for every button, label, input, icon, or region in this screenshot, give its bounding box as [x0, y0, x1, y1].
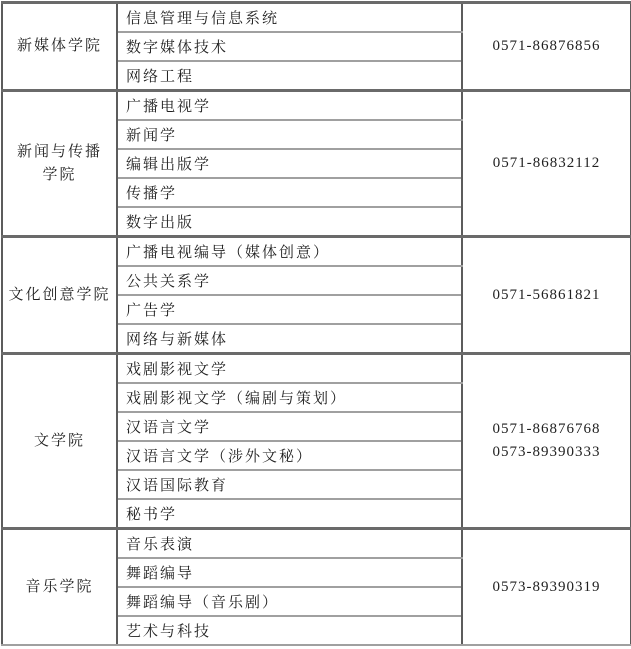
- major-cell: 广播电视编导（媒体创意）: [117, 237, 462, 267]
- college-name-line: 文学院: [3, 430, 116, 453]
- major-cell: 广播电视学: [117, 91, 462, 121]
- major-cell: 戏剧影视文学（编剧与策划）: [117, 383, 462, 412]
- phone-cell: 0571-868767680573-89390333: [462, 354, 631, 529]
- college-cell: 音乐学院: [2, 529, 117, 646]
- major-cell: 音乐表演: [117, 529, 462, 559]
- phone-number-line: 0571-56861821: [463, 284, 630, 307]
- major-cell: 网络与新媒体: [117, 324, 462, 354]
- college-cell: 文化创意学院: [2, 237, 117, 354]
- major-cell: 传播学: [117, 178, 462, 207]
- major-cell: 广告学: [117, 295, 462, 324]
- major-cell: 信息管理与信息系统: [117, 3, 462, 33]
- major-cell: 舞蹈编导（音乐剧）: [117, 587, 462, 616]
- phone-cell: 0571-86876856: [462, 3, 631, 91]
- phone-number-line: 0573-89390333: [463, 441, 630, 464]
- table-row: 文化创意学院广播电视编导（媒体创意）0571-56861821: [2, 237, 631, 267]
- major-cell: 艺术与科技: [117, 616, 462, 645]
- major-cell: 舞蹈编导: [117, 558, 462, 587]
- table-row: 音乐学院音乐表演0573-89390319: [2, 529, 631, 559]
- college-name-line: 文化创意学院: [3, 284, 116, 307]
- college-name-line: 新闻与传播: [3, 141, 116, 164]
- college-cell: 新媒体学院: [2, 3, 117, 91]
- major-cell: 编辑出版学: [117, 149, 462, 178]
- major-cell: 数字出版: [117, 207, 462, 237]
- phone-cell: 0571-56861821: [462, 237, 631, 354]
- table-row: 新媒体学院信息管理与信息系统0571-86876856: [2, 3, 631, 33]
- phone-cell: 0571-86832112: [462, 91, 631, 237]
- table-row: 新闻与传播学院广播电视学0571-86832112: [2, 91, 631, 121]
- phone-cell: 0573-89390319: [462, 529, 631, 646]
- phone-number-line: 0571-86876768: [463, 418, 630, 441]
- major-cell: 新闻学: [117, 120, 462, 149]
- major-cell: 汉语言文学: [117, 412, 462, 441]
- major-cell: 秘书学: [117, 499, 462, 529]
- phone-number-line: 0571-86832112: [463, 152, 630, 175]
- college-name-line: 音乐学院: [3, 576, 116, 599]
- college-cell: 新闻与传播学院: [2, 91, 117, 237]
- college-name-line: 新媒体学院: [3, 35, 116, 58]
- college-name-line: 学院: [3, 164, 116, 187]
- major-cell: 网络工程: [117, 61, 462, 91]
- table-row: 文学院戏剧影视文学0571-868767680573-89390333: [2, 354, 631, 384]
- major-cell: 汉语言文学（涉外文秘）: [117, 441, 462, 470]
- major-cell: 汉语国际教育: [117, 470, 462, 499]
- phone-number-line: 0571-86876856: [463, 35, 630, 58]
- major-cell: 戏剧影视文学: [117, 354, 462, 384]
- college-cell: 文学院: [2, 354, 117, 529]
- major-cell: 公共关系学: [117, 266, 462, 295]
- phone-number-line: 0573-89390319: [463, 576, 630, 599]
- major-cell: 数字媒体技术: [117, 32, 462, 61]
- college-major-table: 新媒体学院信息管理与信息系统0571-86876856数字媒体技术网络工程新闻与…: [1, 1, 631, 646]
